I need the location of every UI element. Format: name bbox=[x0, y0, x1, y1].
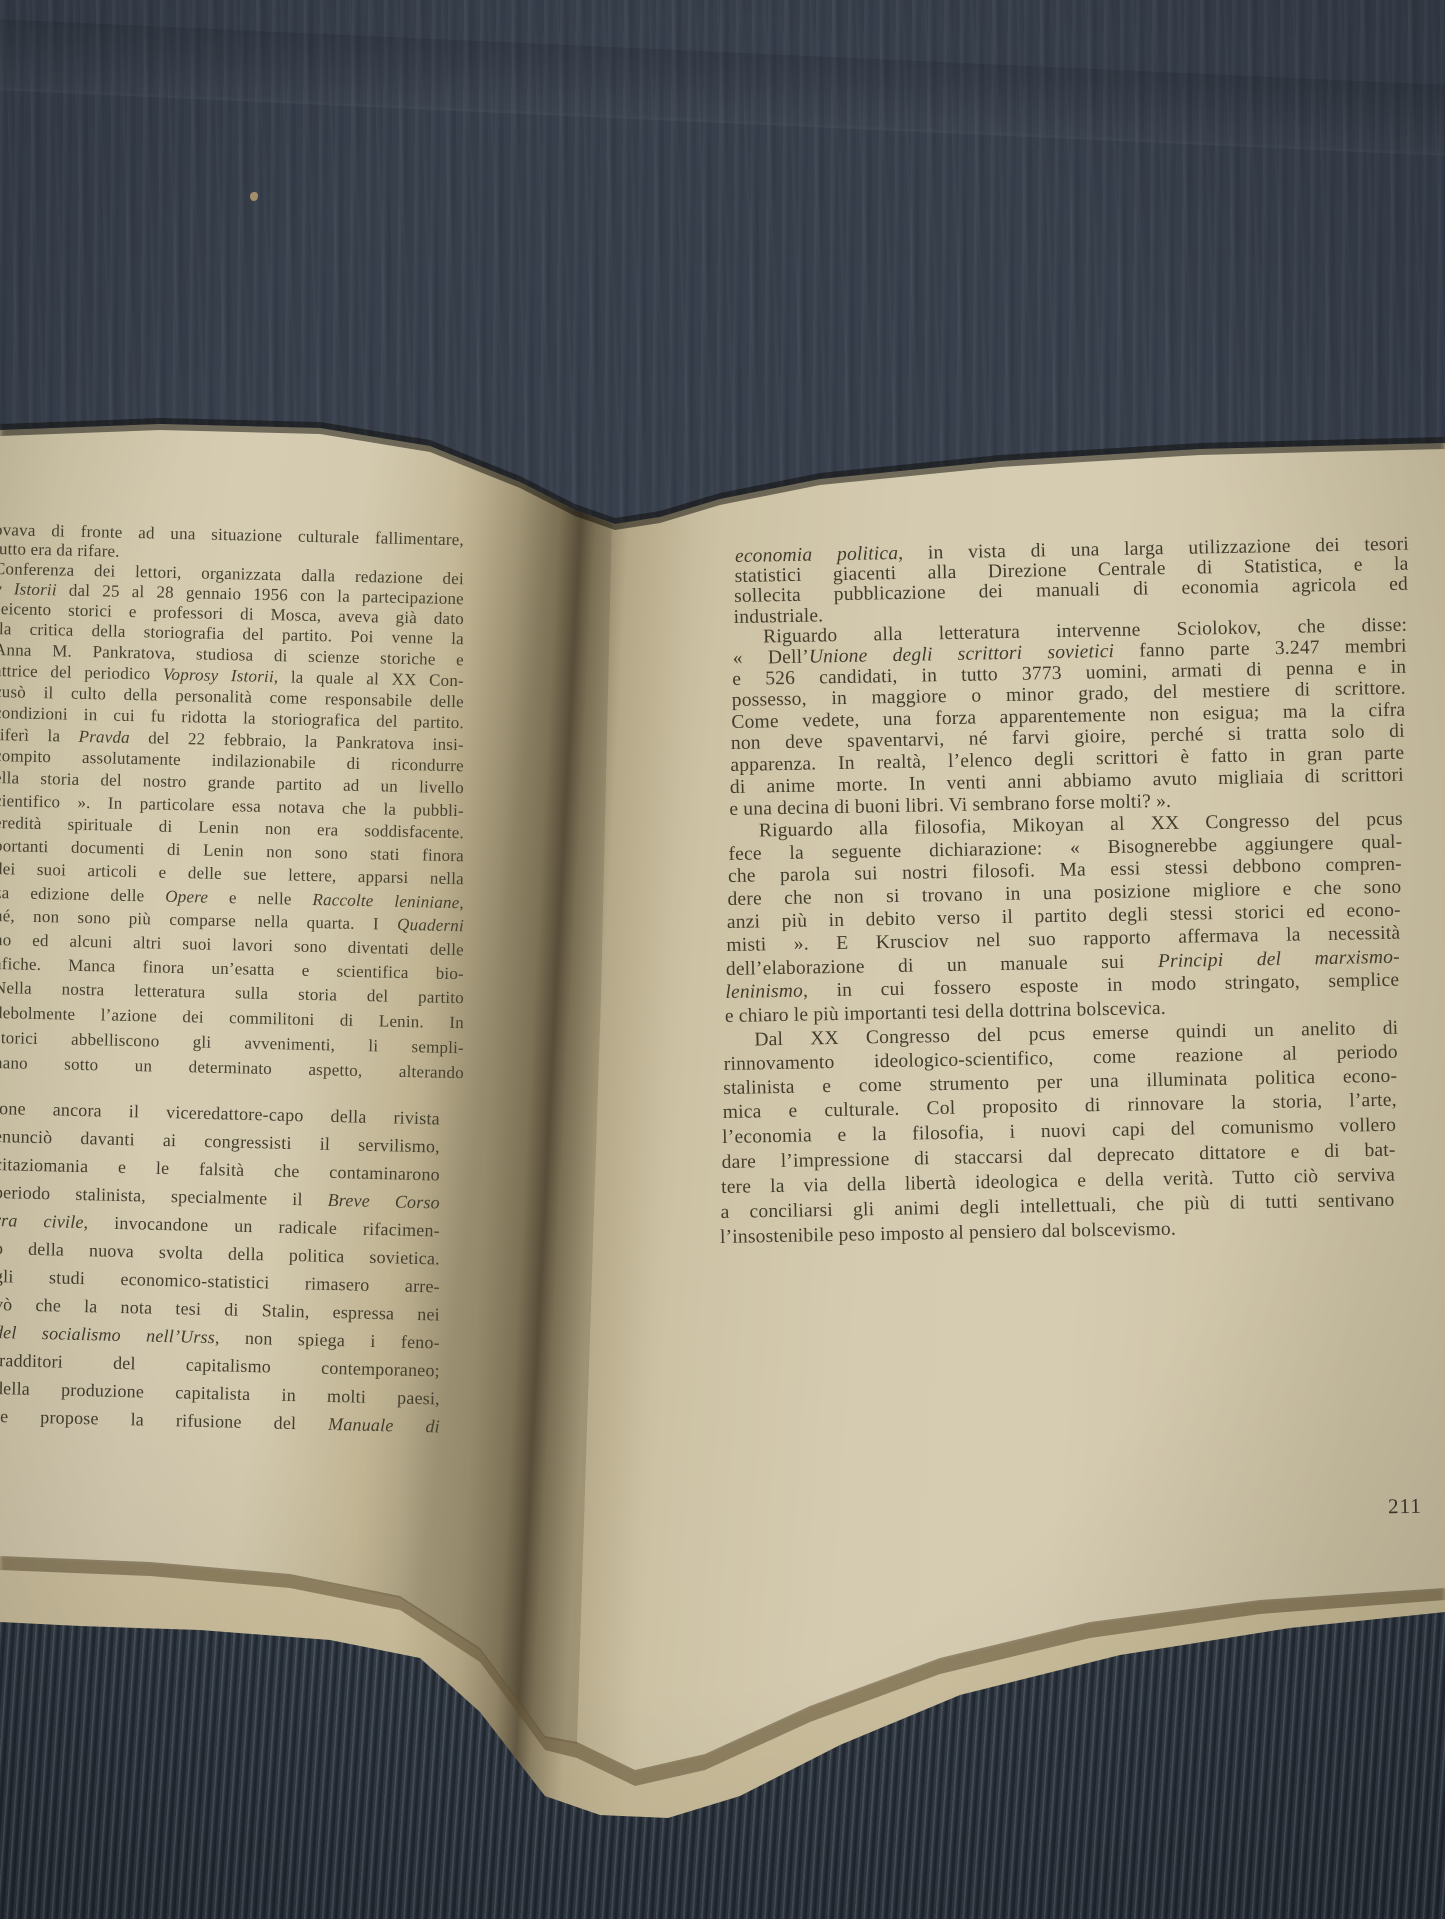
dust-speck bbox=[250, 192, 258, 201]
page-number: 211 bbox=[1388, 1494, 1422, 1520]
fabric-seam bbox=[0, 18, 1445, 157]
photo-of-open-book: ovava di fronte ad una situazione cultur… bbox=[0, 0, 1445, 1919]
